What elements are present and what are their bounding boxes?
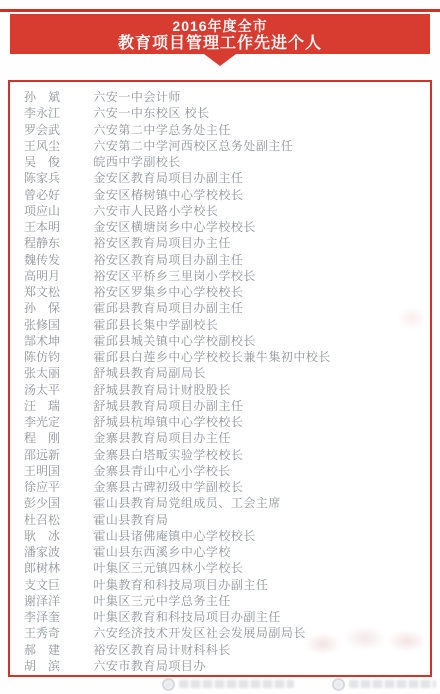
awardee-title: 六安市人民路小学校长: [93, 204, 218, 218]
title-line1: 2016年度全市: [10, 14, 430, 35]
title-banner: 2016年度全市 教育项目管理工作先进个人: [10, 14, 430, 54]
awardee-name: 郜术坤: [24, 333, 90, 349]
awardee-name: 李光定: [24, 414, 90, 430]
awardee-name: 高明月: [24, 268, 90, 284]
awardee-name: 郝 建: [24, 642, 90, 658]
awardee-title: 霍山县教育局党组成员、工会主席: [93, 496, 281, 510]
awardee-name: 潘家波: [24, 544, 90, 560]
list-item: 张修国 霍邱县长集中学副校长: [24, 317, 430, 333]
awardee-name: 支文巨: [24, 577, 90, 593]
awardee-name: 程静东: [24, 235, 90, 251]
post-image: 2016年度全市 教育项目管理工作先进个人 孙 斌 六安一中会计师 李永江 六安…: [0, 0, 440, 694]
awardee-name: 耿 冰: [24, 528, 90, 544]
list-item: 郎树林 叶集区三元镇四林小学校长: [24, 560, 430, 576]
awardee-title: 金安区椿树镇中心学校校长: [93, 188, 243, 202]
awardee-title: 金安区教育局项目办副主任: [93, 171, 243, 185]
watermark-right: [332, 676, 436, 692]
awardee-title: 六安市教育局项目办: [93, 659, 206, 673]
list-item: 王风尘 六安第二中学河西校区总务处副主任: [24, 138, 430, 154]
awardee-name: 王风尘: [24, 138, 90, 154]
awardee-name: 汤太平: [24, 382, 90, 398]
list-item: 高明月 裕安区平桥乡三里岗小学校长: [24, 268, 430, 284]
awardee-title: 叶集教育和科技局项目办副主任: [93, 578, 268, 592]
awardee-title: 舒城县教育局计财股股长: [93, 383, 231, 397]
list-item: 郝 建 裕安区教育局计财科科长: [24, 642, 430, 658]
list-item: 罗会武 六安第二中学总务处主任: [24, 122, 430, 138]
awardee-name: 王本明: [24, 219, 90, 235]
awardee-title: 金安区横塘岗乡中心学校校长: [93, 220, 256, 234]
awardee-title: 金寨县白塔畈实验学校校长: [93, 448, 243, 462]
list-item: 胡 滨 六安市教育局项目办: [24, 658, 430, 674]
awardee-title: 金寨县教育局项目办主任: [93, 431, 231, 445]
watermark-logo-icon: [332, 678, 345, 691]
awardee-title: 六安经济技术开发区社会发展局副局长: [93, 626, 306, 640]
awardee-name: 陈仿钧: [24, 349, 90, 365]
awardee-name: 魏传发: [24, 252, 90, 268]
awardee-title: 六安第二中学总务处主任: [93, 123, 231, 137]
list-item: 曾必好 金安区椿树镇中心学校校长: [24, 187, 430, 203]
awardee-name: 吴 俊: [24, 154, 90, 170]
awardee-name: 王明国: [24, 463, 90, 479]
awardee-name: 王秀奇: [24, 625, 90, 641]
awardee-title: 皖西中学副校长: [93, 155, 181, 169]
list-item: 汪 瑞 舒城县教育局项目办副主任: [24, 398, 430, 414]
awardee-name: 项应山: [24, 203, 90, 219]
awardee-title: 金寨县古碑初级中学副校长: [93, 480, 243, 494]
awardee-name: 张太丽: [24, 365, 90, 381]
title-line2: 教育项目管理工作先进个人: [10, 35, 430, 53]
awardee-name: 程 刚: [24, 430, 90, 446]
list-item: 汤太平 舒城县教育局计财股股长: [24, 382, 430, 398]
list-item: 谢泽洋 叶集区三元中学总务主任: [24, 593, 430, 609]
list-item: 李光定 舒城县杭埠镇中心学校校长: [24, 414, 430, 430]
awardee-title: 裕安区罗集乡中心学校校长: [93, 285, 243, 299]
awardee-title: 霍邱县长集中学副校长: [93, 318, 218, 332]
list-item: 程静东 裕安区教育局项目办主任: [24, 235, 430, 251]
list-item: 支文巨 叶集教育和科技局项目办副主任: [24, 577, 430, 593]
awardee-name: 邵远新: [24, 447, 90, 463]
list-item: 吴 俊 皖西中学副校长: [24, 154, 430, 170]
awardee-title: 霍邱县教育局项目办副主任: [93, 301, 243, 315]
awardee-name: 李泽奎: [24, 609, 90, 625]
awardee-title: 叶集区三元镇四林小学校长: [93, 561, 243, 575]
awardee-title: 霍山县诸佛庵镇中心学校校长: [93, 529, 256, 543]
awardee-title: 六安一中会计师: [93, 90, 181, 104]
list-item: 魏传发 裕安区教育局项目办副主任: [24, 252, 430, 268]
awardee-title: 裕安区教育局计财科科长: [93, 643, 231, 657]
awardee-name: 李永江: [24, 105, 90, 121]
awardee-name: 郑文松: [24, 284, 90, 300]
list-item: 郜术坤 霍邱县城关镇中心学校副校长: [24, 333, 430, 349]
awardee-title: 裕安区教育局项目办副主任: [93, 253, 243, 267]
awardee-title: 六安一中东校区 校长: [93, 106, 209, 120]
list-item: 陈仿钧 霍邱县白莲乡中心学校校长兼牛集初中校长: [24, 349, 430, 365]
awardee-name: 胡 滨: [24, 658, 90, 674]
awardee-title: 霍山县东西溪乡中心学校: [93, 545, 231, 559]
list-item: 杜召松 霍山县教育局: [24, 512, 430, 528]
list-item: 潘家波 霍山县东西溪乡中心学校: [24, 544, 430, 560]
awardee-name: 徐应平: [24, 479, 90, 495]
list-item: 李泽奎 叶集区教育和科技局项目办副主任: [24, 609, 430, 625]
awardee-name: 陈家兵: [24, 170, 90, 186]
watermark-logo-icon: [162, 678, 175, 691]
list-item: 程 刚 金寨县教育局项目办主任: [24, 430, 430, 446]
top-divider: [0, 9, 440, 12]
awardee-name: 彭少国: [24, 495, 90, 511]
awardee-title: 霍邱县白莲乡中心学校校长兼牛集初中校长: [93, 350, 331, 364]
banner-arrow-down-icon: [204, 54, 236, 66]
list-item: 王明国 金寨县青山中心小学校长: [24, 463, 430, 479]
list-item: 徐应平 金寨县古碑初级中学副校长: [24, 479, 430, 495]
awardee-list: 孙 斌 六安一中会计师 李永江 六安一中东校区 校长 罗会武 六安第二中学总务处…: [10, 82, 430, 674]
list-item: 耿 冰 霍山县诸佛庵镇中心学校校长: [24, 528, 430, 544]
awardee-title: 裕安区教育局项目办主任: [93, 236, 231, 250]
list-item: 李永江 六安一中东校区 校长: [24, 105, 430, 121]
list-item: 邵远新 金寨县白塔畈实验学校校长: [24, 447, 430, 463]
list-item: 张太丽 舒城县教育局副局长: [24, 365, 430, 381]
awardee-title: 舒城县教育局副局长: [93, 366, 206, 380]
watermark-left: [162, 676, 294, 692]
list-item: 彭少国 霍山县教育局党组成员、工会主席: [24, 495, 430, 511]
watermark-text-blur: [179, 680, 294, 688]
awardee-name: 孙 保: [24, 300, 90, 316]
awardee-title: 叶集区三元中学总务主任: [93, 594, 231, 608]
awardee-name: 曾必好: [24, 187, 90, 203]
awardee-title: 霍邱县城关镇中心学校副校长: [93, 334, 256, 348]
awardee-name: 张修国: [24, 317, 90, 333]
awardee-title: 舒城县杭埠镇中心学校校长: [93, 415, 243, 429]
awardee-name: 罗会武: [24, 122, 90, 138]
awardee-title: 金寨县青山中心小学校长: [93, 464, 231, 478]
list-item: 郑文松 裕安区罗集乡中心学校校长: [24, 284, 430, 300]
list-item: 陈家兵 金安区教育局项目办副主任: [24, 170, 430, 186]
awardee-name: 杜召松: [24, 512, 90, 528]
awardee-name: 郎树林: [24, 560, 90, 576]
awardee-title: 霍山县教育局: [93, 513, 168, 527]
list-item: 王本明 金安区横塘岗乡中心学校校长: [24, 219, 430, 235]
list-item: 项应山 六安市人民路小学校长: [24, 203, 430, 219]
awardee-title: 叶集区教育和科技局项目办副主任: [93, 610, 281, 624]
awardee-title: 六安第二中学河西校区总务处副主任: [93, 139, 293, 153]
awardee-title: 舒城县教育局项目办副主任: [93, 399, 243, 413]
awardee-title: 裕安区平桥乡三里岗小学校长: [93, 269, 256, 283]
watermark-text-blur: [349, 680, 436, 688]
list-item: 孙 保 霍邱县教育局项目办副主任: [24, 300, 430, 316]
awardee-list-box: 孙 斌 六安一中会计师 李永江 六安一中东校区 校长 罗会武 六安第二中学总务处…: [8, 80, 432, 677]
list-item: 孙 斌 六安一中会计师: [24, 89, 430, 105]
list-item: 王秀奇 六安经济技术开发区社会发展局副局长: [24, 625, 430, 641]
awardee-name: 孙 斌: [24, 89, 90, 105]
awardee-name: 谢泽洋: [24, 593, 90, 609]
awardee-name: 汪 瑞: [24, 398, 90, 414]
